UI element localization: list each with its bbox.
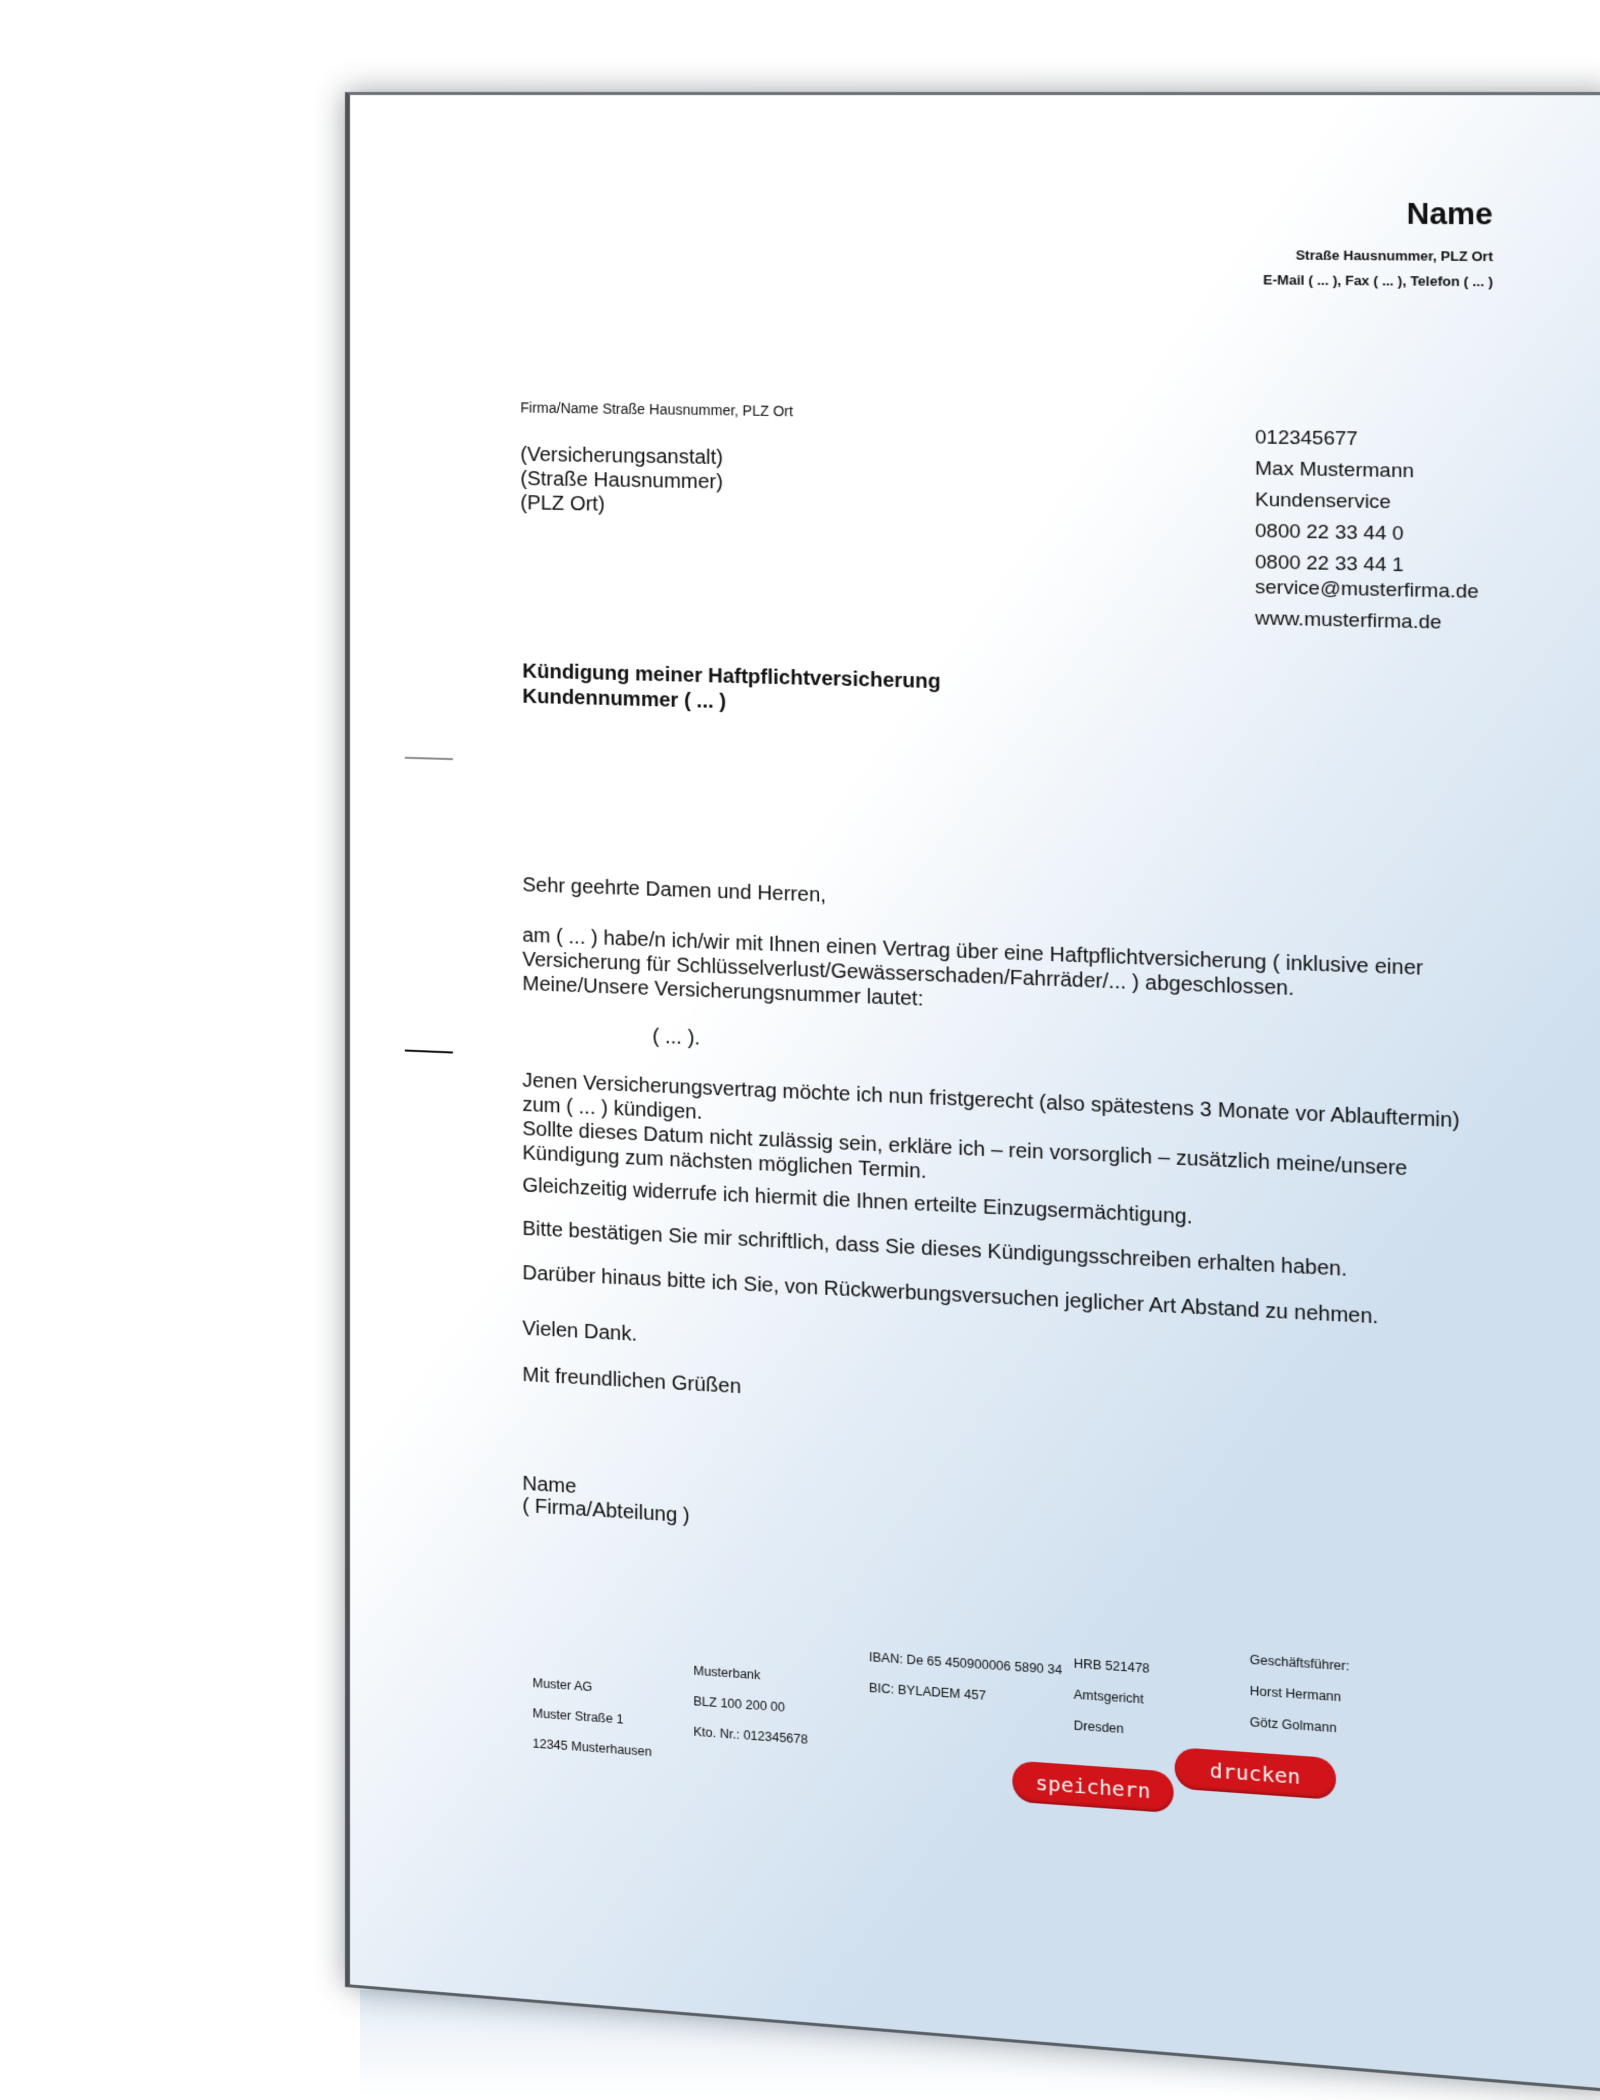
footer-register: HRB 521478 Amtsgericht Dresden <box>1074 1648 1150 1746</box>
print-button[interactable]: drucken <box>1175 1747 1336 1800</box>
recipient-line-1: (Versicherungsanstalt) <box>520 443 723 470</box>
letterhead-name: Name <box>1407 198 1493 233</box>
thanks-line: Vielen Dank. <box>522 1316 637 1346</box>
letterhead-contact: E-Mail ( ... ), Fax ( ... ), Telefon ( .… <box>1263 272 1493 289</box>
fold-mark-middle <box>405 1050 453 1054</box>
contact-web: www.musterfirma.de <box>1255 607 1479 643</box>
signature-block: Name ( Firma/Abteilung ) <box>522 1473 689 1528</box>
recipient-line-3: (PLZ Ort) <box>520 491 723 519</box>
letter-subject: Kündigung meiner Haftpflichtversicherung… <box>522 659 940 721</box>
footer-company: Muster AG Muster Straße 1 12345 Musterha… <box>533 1668 652 1767</box>
footer-iban: IBAN: De 65 450900006 5890 34 BIC: BYLAD… <box>869 1642 1062 1717</box>
letterhead-address: Straße Hausnummer, PLZ Ort <box>1296 247 1493 264</box>
letter-page: Name Straße Hausnummer, PLZ Ort E-Mail (… <box>345 92 1600 2092</box>
footer-line: Dresden <box>1074 1710 1150 1746</box>
footer-line: HRB 521478 <box>1074 1648 1150 1684</box>
contact-block: 012345677 Max Mustermann Kundenservice 0… <box>1255 426 1479 643</box>
footer-line: Götz Golmann <box>1250 1707 1350 1745</box>
fold-mark-top <box>405 757 453 760</box>
contact-department: Kundenservice <box>1255 488 1479 523</box>
insurance-number-placeholder: ( ... ). <box>652 1025 700 1050</box>
recipient-address: (Versicherungsanstalt) (Straße Hausnumme… <box>520 443 723 519</box>
contact-number: 012345677 <box>1255 426 1479 461</box>
closing-line: Mit freundlichen Grüßen <box>522 1363 741 1399</box>
contact-phone: 0800 22 33 44 0 <box>1255 519 1479 555</box>
paragraph-contract: am ( ... ) habe/n ich/wir mit Ihnen eine… <box>522 923 1423 1031</box>
recipient-line-2: (Straße Hausnummer) <box>520 467 723 495</box>
salutation: Sehr geehrte Damen und Herren, <box>522 873 826 908</box>
sender-return-line: Firma/Name Straße Hausnummer, PLZ Ort <box>520 399 793 419</box>
save-button[interactable]: speichern <box>1012 1760 1173 1813</box>
footer-bank: Musterbank BLZ 100 200 00 Kto. Nr.: 0123… <box>693 1655 808 1755</box>
contact-email: service@musterfirma.de <box>1255 576 1479 612</box>
contact-person: Max Mustermann <box>1255 457 1479 492</box>
footer-management: Geschäftsführer: Horst Hermann Götz Golm… <box>1250 1644 1350 1744</box>
